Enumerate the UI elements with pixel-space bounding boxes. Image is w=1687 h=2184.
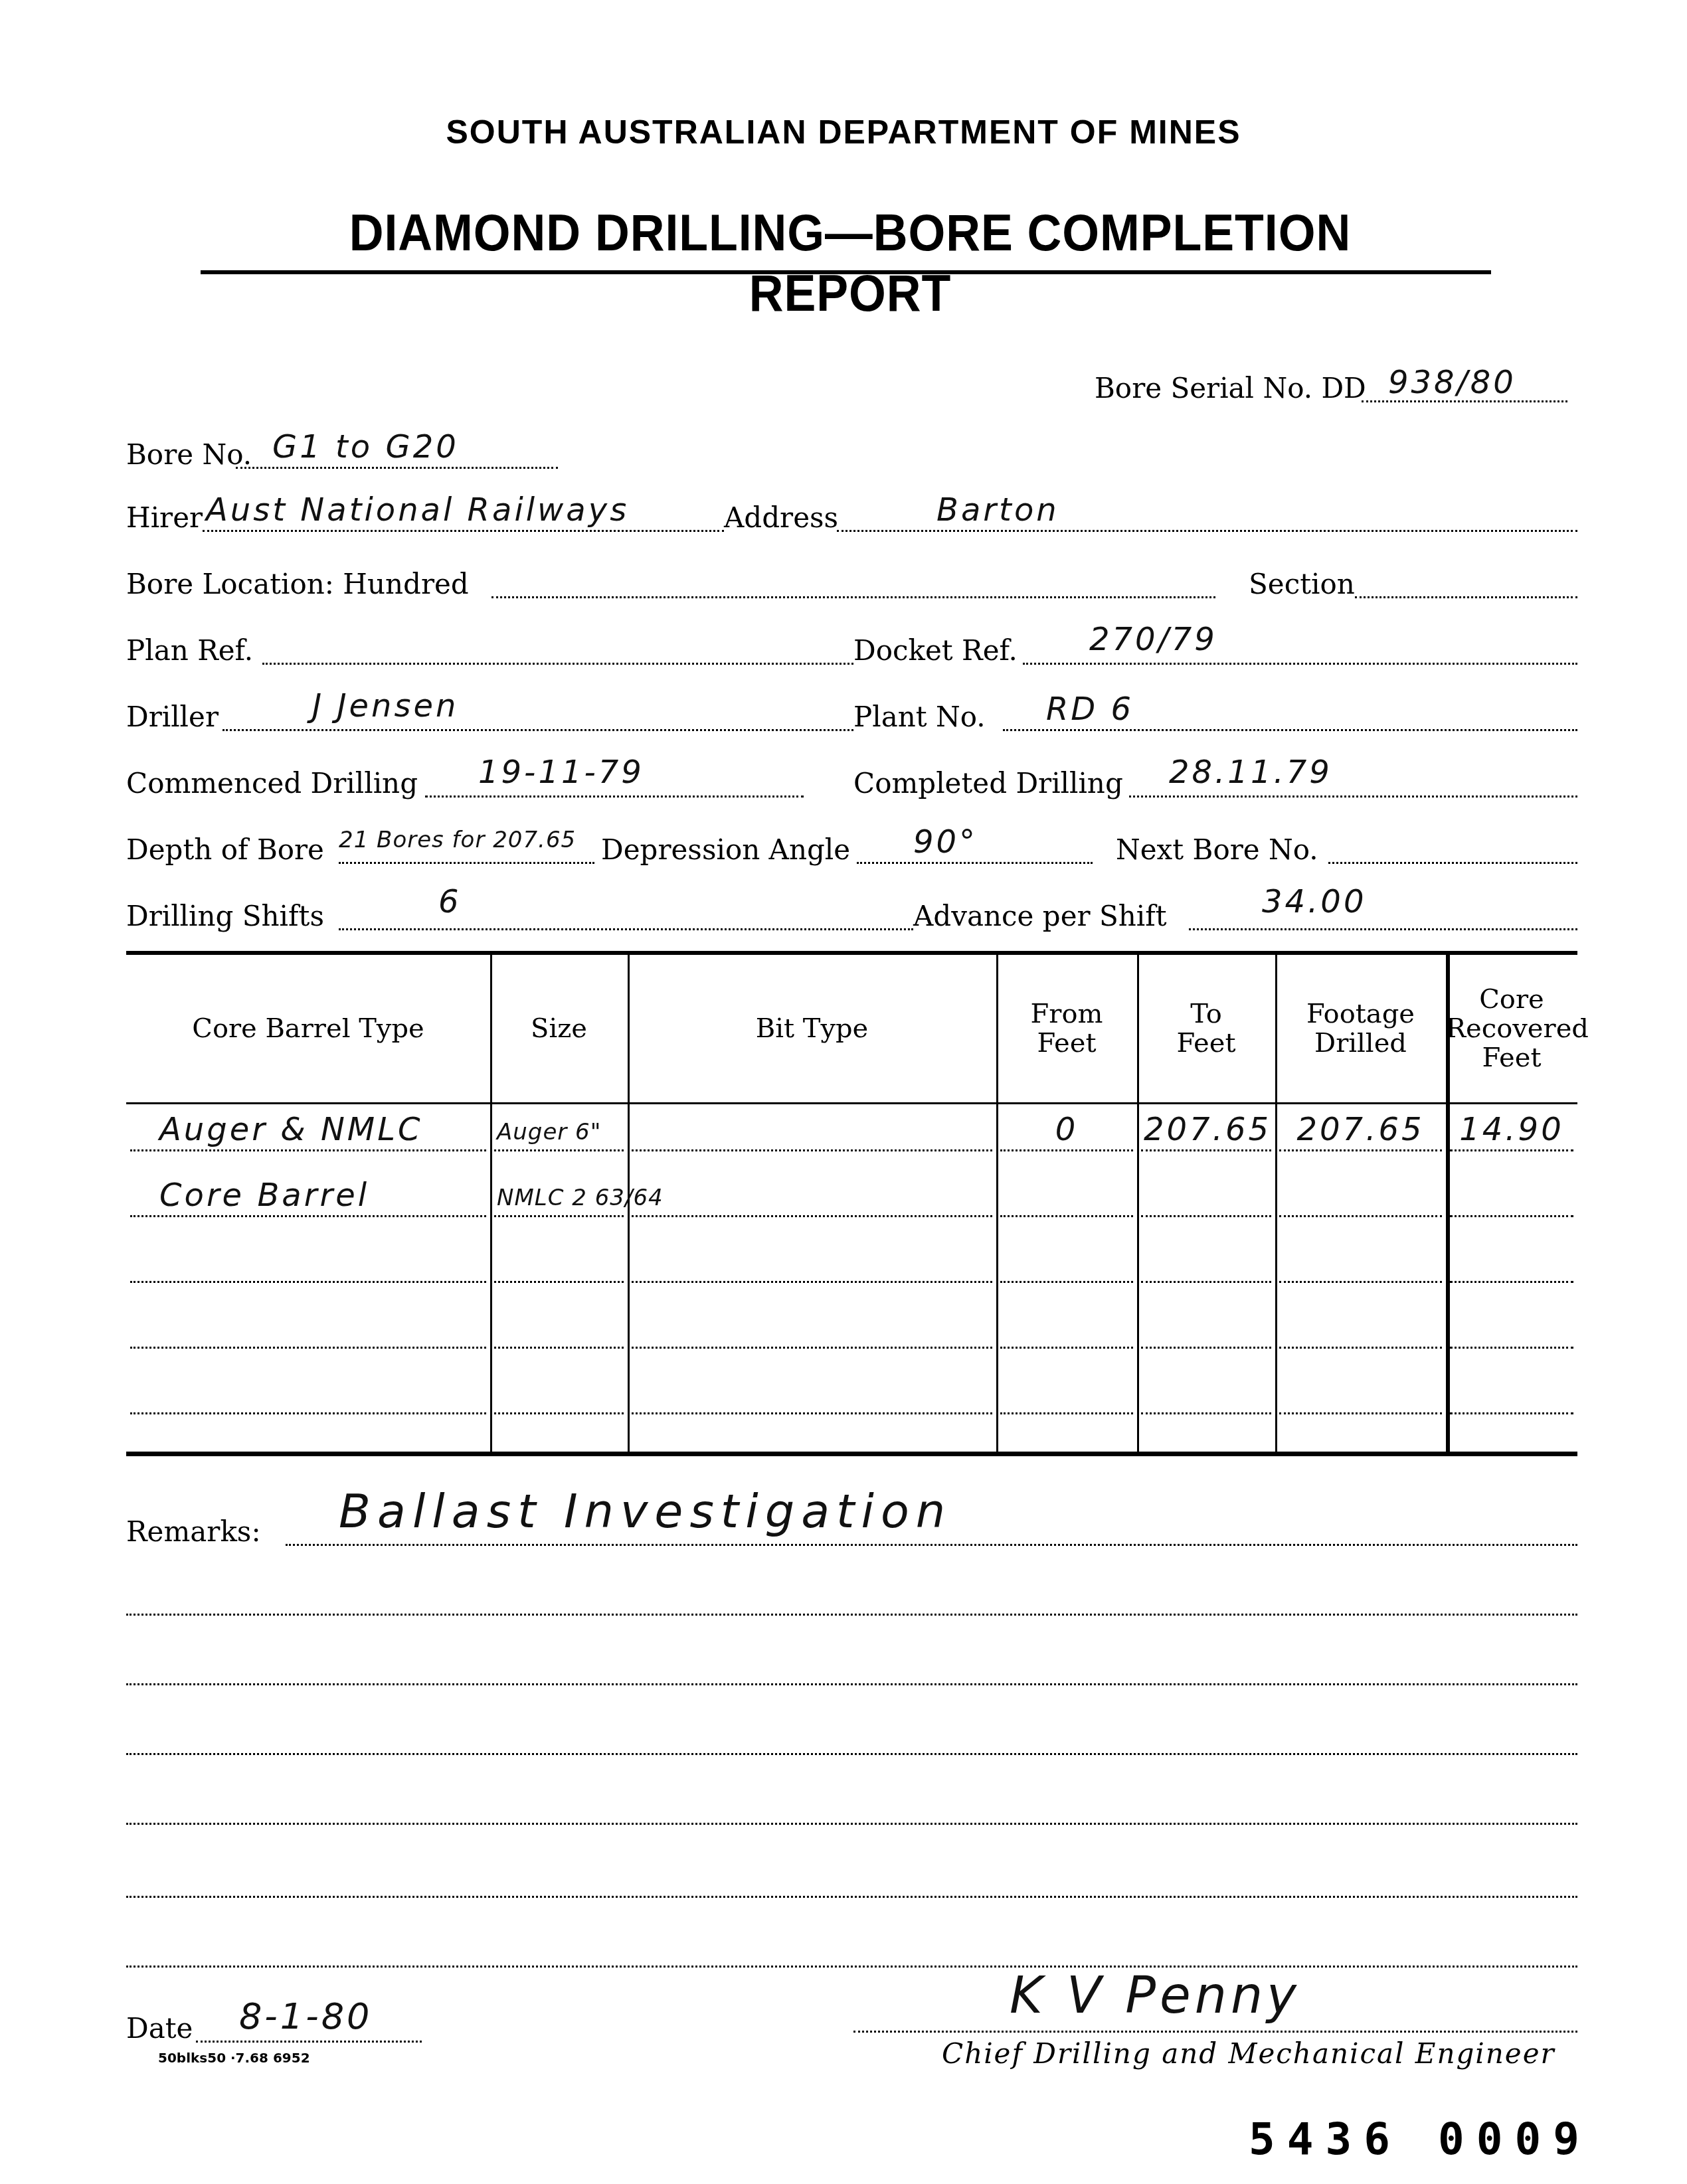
commenced-value[interactable]: 19-11-79 — [478, 754, 644, 791]
shifts-line — [339, 928, 913, 930]
remarks-line — [126, 1614, 1577, 1616]
remarks-line — [126, 1823, 1577, 1825]
table-cell-line — [130, 1347, 486, 1349]
advance-line — [1189, 928, 1577, 930]
table-cell[interactable]: NMLC 2 63/64 — [497, 1185, 621, 1211]
depth-value[interactable]: 21 Bores for 207.65 — [339, 827, 576, 853]
plant-no-line — [1003, 729, 1577, 731]
table-cell[interactable]: 207.65 — [1144, 1111, 1269, 1148]
plan-ref-label: Plan Ref. — [126, 634, 253, 667]
remarks-line-1 — [286, 1544, 1577, 1546]
hirer-line — [203, 530, 724, 532]
table-cell-line — [130, 1149, 486, 1151]
docket-ref-value[interactable]: 270/79 — [1089, 621, 1217, 658]
table-cell[interactable]: 14.90 — [1453, 1111, 1571, 1148]
depression-label: Depression Angle — [601, 833, 850, 866]
table-header-cell: Size — [490, 1014, 628, 1043]
signatory-title: Chief Drilling and Mechanical Engineer — [942, 2037, 1555, 2070]
next-bore-line — [1328, 862, 1577, 864]
address-line — [837, 530, 1577, 532]
table-cell-line — [1000, 1215, 1133, 1217]
table-cell-line — [632, 1281, 992, 1283]
department-heading: SOUTH AUSTRALIAN DEPARTMENT OF MINES — [0, 113, 1687, 151]
table-cell-line — [130, 1281, 486, 1283]
commenced-label: Commenced Drilling — [126, 767, 418, 799]
table-cell-line — [130, 1215, 486, 1217]
table-cell-line — [1279, 1347, 1442, 1349]
table-bottom-rule — [126, 1452, 1577, 1456]
table-cell-line — [1450, 1347, 1573, 1349]
driller-line — [222, 729, 853, 731]
section-line — [1355, 596, 1577, 598]
plant-no-value[interactable]: RD 6 — [1046, 691, 1134, 728]
completed-label: Completed Drilling — [853, 767, 1123, 799]
table-cell-line — [632, 1215, 992, 1217]
remarks-label: Remarks: — [126, 1515, 261, 1548]
signature: K V Penny — [1010, 1966, 1300, 2025]
bore-no-value[interactable]: G1 to G20 — [272, 428, 459, 465]
bore-serial-label: Bore Serial No. DD — [1095, 372, 1366, 404]
date-line — [196, 2041, 422, 2043]
advance-value[interactable]: 34.00 — [1262, 883, 1366, 920]
bore-serial-value[interactable]: 938/80 — [1388, 364, 1516, 401]
table-cell-line — [494, 1412, 624, 1414]
table-cell-line — [1000, 1347, 1133, 1349]
docket-ref-label: Docket Ref. — [853, 634, 1018, 667]
table-header-cell: Footage Drilled — [1275, 999, 1446, 1058]
table-cell-line — [1279, 1281, 1442, 1283]
table-cell[interactable]: 0 — [1003, 1111, 1130, 1148]
table-cell-line — [1279, 1412, 1442, 1414]
table-cell-line — [632, 1347, 992, 1349]
table-cell-line — [1279, 1149, 1442, 1151]
table-cell-line — [494, 1347, 624, 1349]
depression-line — [857, 862, 1093, 864]
table-cell-line — [1450, 1215, 1573, 1217]
table-cell-line — [632, 1149, 992, 1151]
driller-label: Driller — [126, 701, 219, 733]
depth-label: Depth of Bore — [126, 833, 324, 866]
table-cell-line — [494, 1149, 624, 1151]
title-underline — [201, 270, 1491, 274]
table-cell[interactable]: Core Barrel — [133, 1177, 510, 1214]
remarks-line — [126, 1896, 1577, 1898]
table-header-cell: To Feet — [1137, 999, 1275, 1058]
next-bore-label: Next Bore No. — [1116, 833, 1318, 866]
table-cell-line — [1000, 1149, 1133, 1151]
remarks-value[interactable]: Ballast Investigation — [339, 1484, 952, 1539]
table-top-rule — [126, 951, 1577, 955]
remarks-line — [126, 1753, 1577, 1755]
address-value[interactable]: Barton — [936, 491, 1059, 529]
table-cell-line — [1450, 1412, 1573, 1414]
table-cell-line — [1141, 1149, 1271, 1151]
stamp-number-left: 5436 — [1249, 2114, 1402, 2165]
completed-value[interactable]: 28.11.79 — [1169, 754, 1332, 791]
plant-no-label: Plant No. — [853, 701, 986, 733]
bore-no-line — [236, 467, 558, 469]
plan-ref-line — [262, 663, 853, 665]
table-cell-line — [1450, 1281, 1573, 1283]
table-cell[interactable]: Auger 6" — [497, 1119, 621, 1145]
table-cell-line — [1141, 1347, 1271, 1349]
table-cell-line — [1141, 1281, 1271, 1283]
signature-line — [853, 2031, 1577, 2033]
table-cell-line — [1141, 1412, 1271, 1414]
table-header-cell: Bit Type — [628, 1014, 996, 1043]
table-header-cell: From Feet — [996, 999, 1137, 1058]
form-code: 50blks50 ·7.68 6952 — [158, 2050, 310, 2066]
stamp-number-right: 0009 — [1438, 2114, 1591, 2165]
remarks-line — [126, 1966, 1577, 1968]
table-cell[interactable]: 207.65 — [1282, 1111, 1439, 1148]
table-cell-line — [1450, 1149, 1573, 1151]
table-cell[interactable]: Auger & NMLC — [133, 1111, 510, 1148]
table-cell-line — [1279, 1215, 1442, 1217]
table-header-cell: Core Recovered Feet — [1446, 985, 1577, 1072]
location-label: Bore Location: Hundred — [126, 568, 469, 600]
hirer-value[interactable]: Aust National Railways — [206, 491, 629, 529]
table-cell-line — [494, 1215, 624, 1217]
commenced-line — [425, 796, 804, 798]
table-cell-line — [1000, 1412, 1133, 1414]
table-header-rule — [126, 1102, 1577, 1104]
completed-line — [1129, 796, 1577, 798]
table-cell-line — [130, 1412, 486, 1414]
date-value[interactable]: 8-1-80 — [239, 1995, 372, 2037]
advance-label: Advance per Shift — [913, 900, 1167, 932]
table-cell-line — [494, 1281, 624, 1283]
remarks-line — [126, 1683, 1577, 1685]
driller-value[interactable]: J Jensen — [312, 687, 458, 724]
depth-line — [339, 862, 594, 864]
table-cell-line — [632, 1412, 992, 1414]
report-title: DIAMOND DRILLING—BORE COMPLETION REPORT — [251, 203, 1449, 323]
hirer-label: Hirer — [126, 501, 203, 534]
table-cell-line — [1141, 1215, 1271, 1217]
docket-ref-line — [1023, 663, 1577, 665]
table-header-cell: Core Barrel Type — [126, 1014, 490, 1043]
shifts-label: Drilling Shifts — [126, 900, 324, 932]
date-label: Date — [126, 2012, 193, 2045]
section-label: Section — [1249, 568, 1355, 600]
depression-value[interactable]: 90° — [913, 823, 978, 861]
shifts-value[interactable]: 6 — [438, 883, 462, 920]
location-line — [491, 596, 1215, 598]
address-label: Address — [724, 501, 838, 534]
bore-no-label: Bore No. — [126, 438, 252, 471]
table-cell-line — [1000, 1281, 1133, 1283]
